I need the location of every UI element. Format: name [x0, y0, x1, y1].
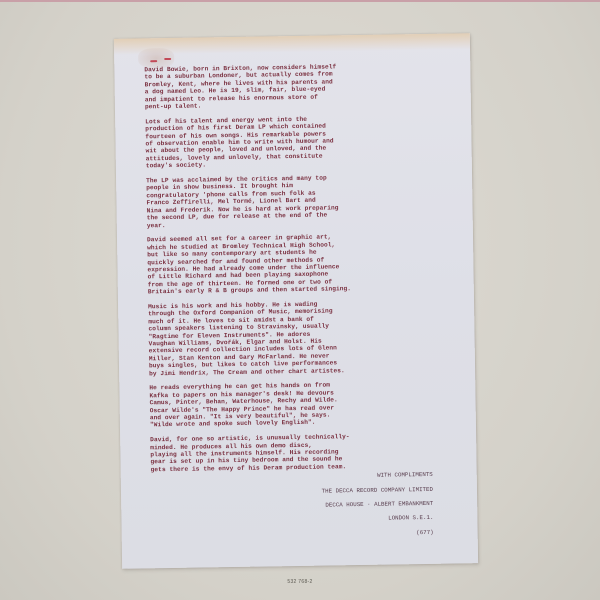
company-name: THE DECCA RECORD COMPANY LIMITED [322, 485, 433, 494]
company-address: DECCA HOUSE · ALBERT EMBANKMENT [322, 500, 433, 509]
sleeve-top-edge [0, 0, 600, 2]
catalog-number: 532 768-2 [0, 579, 600, 585]
compliments-slip: WITH COMPLIMENTS THE DECCA RECORD COMPAN… [321, 464, 434, 545]
press-release-sheet: David Bowie, born in Brixton, now consid… [114, 33, 478, 569]
company-city: LONDON S.E.1. [322, 514, 433, 523]
compliments-line: WITH COMPLIMENTS [321, 471, 432, 480]
paragraph-reading: He reads everything he can get his hands… [149, 380, 460, 429]
paragraph-intro: David Bowie, born in Brixton, now consid… [144, 61, 455, 110]
red-ink-mark [164, 58, 171, 60]
biography-text: David Bowie, born in Brixton, now consid… [144, 61, 460, 480]
red-ink-mark [150, 60, 157, 62]
paragraph-graphic-art: David seemed all set for a career in gra… [147, 232, 458, 296]
reference-code: (677) [322, 529, 433, 538]
paragraph-acclaim: The LP was acclaimed by the critics and … [146, 173, 457, 230]
paragraph-first-lp: Lots of his talent and energy went into … [145, 113, 456, 170]
paragraph-music: Music is his work and his hobby. He is w… [148, 298, 459, 377]
